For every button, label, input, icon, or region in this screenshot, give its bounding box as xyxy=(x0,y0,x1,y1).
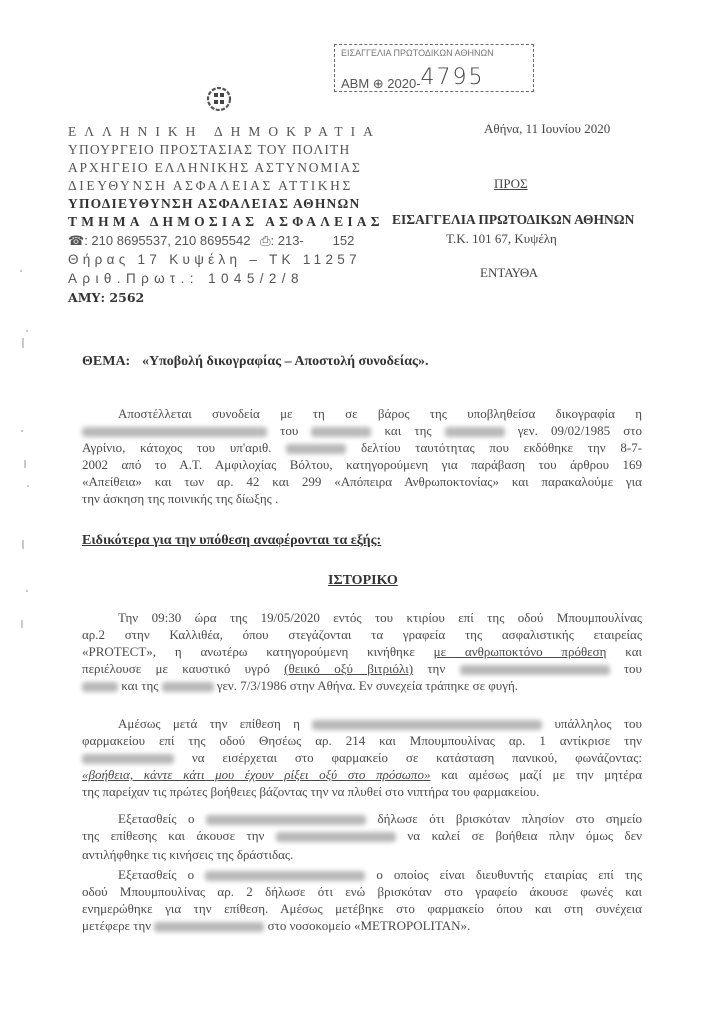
redacted-name xyxy=(445,427,505,437)
redacted-name xyxy=(312,720,542,730)
redacted-name xyxy=(206,815,366,825)
sender-republic: ΕΛΛΗΝΙΚΗ ΔΗΜΟΚΡΑΤΙΑ xyxy=(68,124,388,140)
p2-line-3: να εισέρχεται στο φαρμακείο σε κατάσταση… xyxy=(82,749,642,766)
intro-line-4: 2002 από το Α.Τ. Αμφιλοχίας Βόλτου, κατη… xyxy=(82,456,642,473)
intro-line-5: «Απείθεια» και των αρ. 42 και 299 «Απόπε… xyxy=(82,473,642,490)
history-title: ΙΣΤΟΡΙΚΟ xyxy=(328,573,398,589)
sender-contact: ☎: 210 8695537, 210 8695542 ⎙: 213- 152 xyxy=(68,233,388,249)
redacted-name xyxy=(82,754,174,764)
sender-subdirectorate: ΥΠΟΔΙΕΥΘΥΝΣΗ ΑΣΦΑΛΕΙΑΣ ΑΘΗΝΩΝ xyxy=(68,196,388,212)
p4-line-4: μετέφερε την στο νοσοκομείο «METROPOLITA… xyxy=(82,917,642,934)
document-date: Αθήνα, 11 Ιουνίου 2020 xyxy=(484,121,610,137)
recipient-postal: Τ.Κ. 101 67, Κυψέλη xyxy=(446,231,557,247)
fax-number: : 213- 152 xyxy=(271,233,355,248)
p3-line-2: της επίθεσης και άκουσε την να καλεί σε … xyxy=(82,827,642,844)
subject-line: ΘΕΜΑ:«Υποβολή δικογραφίας – Αποστολή συν… xyxy=(82,354,428,370)
redacted-name xyxy=(82,427,267,437)
sender-ministry: ΥΠΟΥΡΓΕΙΟ ΠΡΟΣΤΑΣΙΑΣ ΤΟΥ ΠΟΛΙΤΗ xyxy=(68,142,388,158)
intro-line-2: του και της γεν. 09/02/1985 στο xyxy=(82,422,642,439)
intro-line-3: Αγρίνιο, κάτοχος του υπ'αριθ. δελτίου τα… xyxy=(82,439,642,456)
redacted-name xyxy=(162,682,214,692)
to-label: ΠΡΟΣ xyxy=(494,176,528,192)
subject-text: «Υποβολή δικογραφίας – Αποστολή συνοδεία… xyxy=(142,354,428,369)
sender-directorate: ΔΙΕΥΘΥΝΣΗ ΑΣΦΑΛΕΙΑΣ ΑΤΤΙΚΗΣ xyxy=(68,178,388,194)
recipient-name: ΕΙΣΑΓΓΕΛΙΑ ΠΡΩΤΟΔΙΚΩΝ ΑΘΗΝΩΝ xyxy=(392,212,634,228)
p2-line-5: της παρείχαν τις πρώτες βοήθειες βάζοντα… xyxy=(82,783,642,800)
intro-line-1: Αποστέλλεται συνοδεία με τη σε βάρος της… xyxy=(82,405,642,422)
p2-line-2: φαρμακείου επί της οδού Θησέως αρ. 214 κ… xyxy=(82,732,642,749)
p4-line-1: Εξετασθείς ο ο οποίος είναι διευθυντής ε… xyxy=(82,866,642,883)
p3-line-3: αντιλήφθηκε τις κινήσεις της δράστιδας. xyxy=(82,846,642,863)
redacted-name xyxy=(276,832,396,842)
stamp-office: ΕΙΣΑΓΓΕΛΙΑ ΠΡΩΤΟΔΙΚΩΝ ΑΘΗΝΩΝ xyxy=(341,48,494,58)
p1-line-1: Την 09:30 ώρα της 19/05/2020 εντός του κ… xyxy=(82,609,642,626)
sender-address: Θήρας 17 Κυψέλη – ΤΚ 11257 xyxy=(68,252,388,267)
redacted-name xyxy=(154,922,264,932)
registry-stamp: ΕΙΣΑΓΓΕΛΙΑ ΠΡΩΤΟΔΙΚΩΝ ΑΘΗΝΩΝ ΑΒΜ ⊕ 2020-… xyxy=(334,44,534,92)
p3-line-1: Εξετασθείς ο δήλωσε ότι βρισκόταν πλησίο… xyxy=(82,810,642,827)
p2-line-4: «βοήθεια, κάντε κάτι μου έχουν ρίξει οξύ… xyxy=(82,766,642,783)
p1-line-2: αρ.2 στην Καλλιθέα, όπου στεγάζονται τα … xyxy=(82,626,642,643)
redacted-name xyxy=(82,682,118,692)
redacted-name xyxy=(311,427,371,437)
fax-icon: ⎙ xyxy=(260,233,270,248)
subject-label: ΘΕΜΑ: xyxy=(82,354,142,370)
protocol-number: Αριθ.Πρωτ.: 1045/2/8 xyxy=(68,271,388,286)
p4-line-3: ενημερώθηκε για την επίθεση. Αμέσως μετέ… xyxy=(82,900,642,917)
sender-department: ΤΜΗΜΑ ΔΗΜΟΣΙΑΣ ΑΣΦΑΛΕΙΑΣ xyxy=(68,214,388,230)
recipient-location: ΕΝΤΑΥΘΑ xyxy=(480,265,538,281)
quoted-cry: «βοήθεια, κάντε κάτι μου έχουν ρίξει οξύ… xyxy=(82,767,430,782)
p1-line-4: περιέλουσε με καυστικό υγρό (θειικό οξύ … xyxy=(82,660,642,677)
intro-line-6: την άσκηση της ποινικής της δίωξης . xyxy=(82,490,642,507)
p1-line-5: και της γεν. 7/3/1986 στην Αθήνα. Εν συν… xyxy=(82,677,642,694)
redacted-id xyxy=(286,444,346,454)
handwritten-number: 4795 xyxy=(421,65,485,90)
p1-line-3: «PROTECT», η ανωτέρω κατηγορούμενη κινήθ… xyxy=(82,643,642,660)
redacted-name xyxy=(460,665,610,675)
stamp-number: ΑΒΜ ⊕ 2020-4795 xyxy=(341,69,485,94)
phone-numbers: : 210 8695537, 210 8695542 xyxy=(84,233,250,248)
redacted-name xyxy=(205,871,365,881)
section-heading: Ειδικότερα για την υπόθεση αναφέρονται τ… xyxy=(82,533,381,549)
p4-line-2: οδού Μπουμπουλίνας αρ. 2 δήλωσε ότι ενώ … xyxy=(82,883,642,900)
sender-hq: ΑΡΧΗΓΕΙΟ ΕΛΛΗΝΙΚΗΣ ΑΣΤΥΝΟΜΙΑΣ xyxy=(68,160,388,176)
greek-coat-of-arms-icon xyxy=(204,84,234,114)
scan-margin-artifacts xyxy=(18,260,32,640)
p2-line-1: Αμέσως μετά την επίθεση η υπάλληλος του xyxy=(82,715,642,732)
phone-icon: ☎ xyxy=(68,233,84,248)
amy-number: ΑΜΥ: 2562 xyxy=(68,290,388,305)
